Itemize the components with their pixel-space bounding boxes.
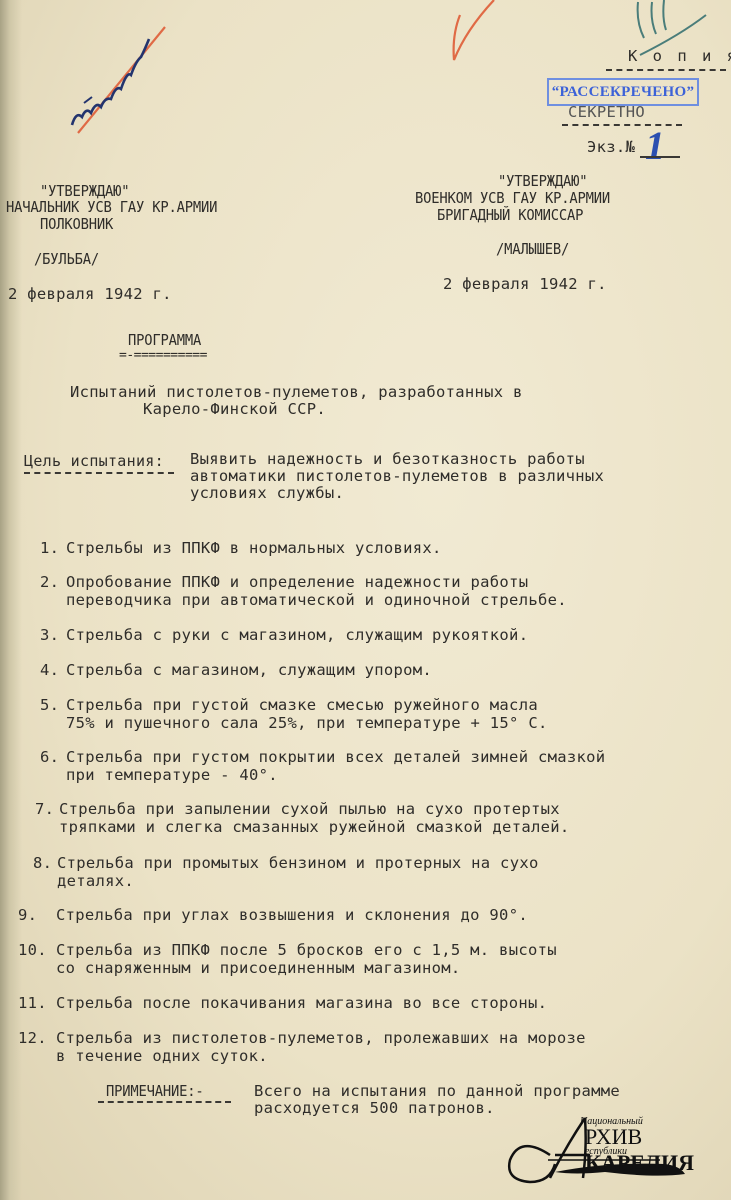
approval-right-signature: /МАЛЫШЕВ/	[496, 240, 569, 259]
item-text: тряпками и слегка смазанных ружейной сма…	[59, 818, 569, 837]
item-text: Стрельба при запылении сухой пылью на су…	[59, 800, 560, 819]
copy-number: 1	[645, 122, 665, 169]
item-number: 7.	[35, 800, 54, 819]
approval-left-rank: ПОЛКОВНИК	[40, 215, 113, 234]
approval-right-rank: БРИГАДНЫЙ КОМИССАР	[437, 206, 583, 225]
purpose-label: Цель испытания:	[24, 452, 164, 471]
item-number: 8.	[33, 854, 52, 873]
item-number: 3.	[40, 626, 59, 645]
item-number: 12.	[18, 1029, 47, 1048]
item-text: деталях.	[57, 872, 134, 891]
purpose-label-underline	[24, 472, 174, 474]
note-label: ПРИМЕЧАНИЕ:-	[106, 1082, 204, 1101]
note-line-2: расходуется 500 патронов.	[254, 1099, 495, 1118]
item-text: Стрельба с магазином, служащим упором.	[66, 661, 432, 680]
item-text: в течение одних суток.	[56, 1047, 268, 1066]
declassified-stamp: “РАССЕКРЕЧЕНО”	[547, 78, 699, 106]
archive-logo: Национальный РХИВ еспублики КАРЕЛИЯ	[500, 1110, 725, 1200]
copy-mark-underline	[606, 69, 726, 71]
item-text: Стрельба с руки с магазином, служащим ру…	[66, 626, 528, 645]
item-text: Стрельба при промытых бензином и протерн…	[57, 854, 539, 873]
approval-right-date: 2 февраля 1942 г.	[443, 275, 607, 294]
archive-logo-line4: КАРЕЛИЯ	[585, 1150, 694, 1176]
item-number: 11.	[18, 994, 47, 1013]
item-text: 75% и пушечного сала 25%, при температур…	[66, 714, 548, 733]
item-text: со снаряженным и присоединенным магазино…	[56, 959, 461, 978]
item-number: 5.	[40, 696, 59, 715]
copy-mark: К о п и я	[628, 47, 731, 66]
item-number: 2.	[40, 573, 59, 592]
approval-left-signature: /БУЛЬБА/	[34, 250, 99, 269]
subtitle-line-2: Карело-Финской ССР.	[143, 400, 326, 419]
program-heading-underline: =-==========	[119, 346, 207, 365]
item-text: Стрельба после покачивания магазина во в…	[56, 994, 547, 1013]
item-text: Опробование ППКФ и определение надежност…	[66, 573, 528, 592]
item-number: 6.	[40, 748, 59, 767]
classification-label: СЕКРЕТНО	[568, 103, 645, 122]
copy-number-label: Экз.№	[587, 138, 635, 157]
item-text: при температуре - 40°.	[66, 766, 278, 785]
paper-edge-shadow	[0, 0, 22, 1200]
item-number: 1.	[40, 539, 59, 558]
item-number: 10.	[18, 941, 47, 960]
approval-left-date: 2 февраля 1942 г.	[8, 285, 172, 304]
item-text: Стрельба из пистолетов-пулеметов, пролеж…	[56, 1029, 586, 1048]
handwritten-note-icon	[60, 25, 170, 145]
item-text: Стрельба при густой смазке смесью ружейн…	[66, 696, 538, 715]
item-text: Стрельба при углах возвышения и склонени…	[56, 906, 528, 925]
item-number: 9.	[18, 906, 37, 925]
item-text: Стрельба при густом покрытии всех детале…	[66, 748, 605, 767]
red-checkmark-icon	[440, 0, 500, 65]
item-text: Стрельбы из ППКФ в нормальных условиях.	[66, 539, 442, 558]
item-text: переводчика при автоматической и одиночн…	[66, 591, 567, 610]
item-number: 4.	[40, 661, 59, 680]
note-label-underline	[98, 1101, 231, 1103]
copy-number-underline	[640, 156, 680, 158]
purpose-line-3: условиях службы.	[190, 484, 344, 503]
item-text: Стрельба из ППКФ после 5 бросков его с 1…	[56, 941, 557, 960]
